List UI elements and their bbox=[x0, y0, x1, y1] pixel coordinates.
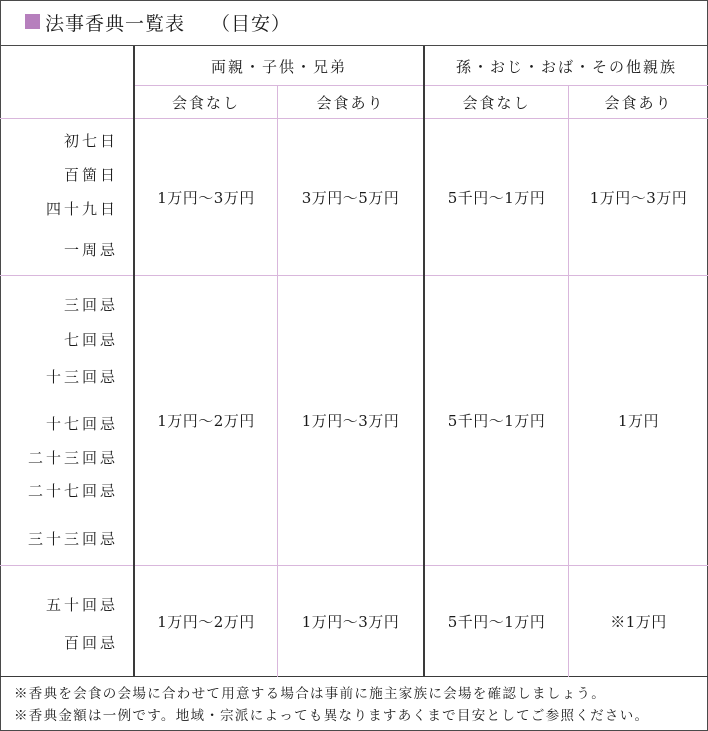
occasion-label: 百箇日 bbox=[64, 164, 118, 185]
occasion-label: 三回忌 bbox=[64, 294, 118, 315]
amount-cell: ※1万円 bbox=[569, 566, 708, 676]
occasion-label: 初七日 bbox=[64, 130, 118, 151]
amount-cell: 1万円 bbox=[569, 276, 708, 565]
amount-cell: 1万円～2万円 bbox=[135, 276, 277, 565]
amount-cell: 5千円～1万円 bbox=[425, 566, 568, 676]
amount-cell: 5千円～1万円 bbox=[425, 119, 568, 275]
amount-cell: 1万円～3万円 bbox=[278, 276, 423, 565]
header-group-parents: 両親・子供・兄弟 bbox=[135, 47, 423, 85]
title-main: 法事香典一覧表 bbox=[45, 13, 185, 35]
header-col-with-meal: 会食あり bbox=[569, 86, 708, 118]
amount-cell: 1万円～3万円 bbox=[135, 119, 277, 275]
title-marker-icon bbox=[25, 14, 40, 29]
amount-cell: 1万円～3万円 bbox=[569, 119, 708, 275]
occasion-label: 十七回忌 bbox=[46, 413, 118, 434]
note-line: ※香典金額は一例です。地域・宗派によっても異なりますあくまで目安としてご参照くだ… bbox=[14, 705, 649, 727]
grid-line bbox=[0, 676, 708, 677]
note-line: ※香典を会食の会場に合わせて用意する場合は事前に施主家族に会場を確認しましょう。 bbox=[14, 683, 649, 705]
footer-notes: ※香典を会食の会場に合わせて用意する場合は事前に施主家族に会場を確認しましょう。… bbox=[14, 683, 649, 727]
header-col-no-meal: 会食なし bbox=[135, 86, 277, 118]
header-col-with-meal: 会食あり bbox=[278, 86, 423, 118]
page-title: 法事香典一覧表（目安） bbox=[45, 9, 291, 36]
occasion-label: 五十回忌 bbox=[46, 594, 118, 615]
occasion-label: 七回忌 bbox=[64, 329, 118, 350]
occasion-label: 百回忌 bbox=[64, 632, 118, 653]
header-col-no-meal: 会食なし bbox=[425, 86, 568, 118]
title-bar: 法事香典一覧表（目安） bbox=[0, 0, 708, 46]
title-sub: （目安） bbox=[211, 13, 291, 35]
amount-cell: 1万円～2万円 bbox=[135, 566, 277, 676]
amount-cell: 5千円～1万円 bbox=[425, 276, 568, 565]
amount-cell: 3万円～5万円 bbox=[278, 119, 423, 275]
occasion-label: 一周忌 bbox=[64, 239, 118, 260]
occasion-label: 二十七回忌 bbox=[28, 480, 118, 501]
header-group-relatives: 孫・おじ・おば・その他親族 bbox=[425, 47, 708, 85]
occasion-label: 十三回忌 bbox=[46, 366, 118, 387]
occasion-label: 四十九日 bbox=[46, 198, 118, 219]
amount-cell: 1万円～3万円 bbox=[278, 566, 423, 676]
occasion-label: 三十三回忌 bbox=[28, 528, 118, 549]
occasion-label: 二十三回忌 bbox=[28, 447, 118, 468]
